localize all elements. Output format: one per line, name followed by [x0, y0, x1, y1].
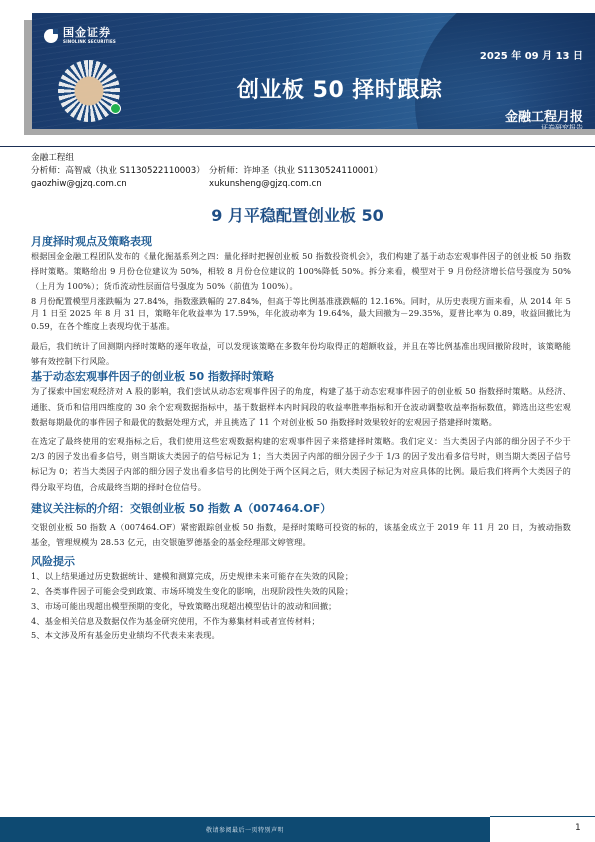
report-date: 2025 年 09 月 13 日	[480, 47, 583, 62]
logo-name-cn: 国金证券	[63, 27, 116, 39]
risk-item: 1、以上结果通过历史数据统计、建模和测算完成，历史规律未来可能存在失效的风险；	[31, 569, 571, 584]
risk-item: 5、本文涉及所有基金历史业绩均不代表未来表现。	[31, 628, 571, 643]
headline: 9 月平稳配置创业板 50	[0, 203, 595, 226]
company-logo: 国金证券 SINOLINK SECURITIES	[44, 27, 116, 45]
footer-line	[490, 816, 595, 817]
team-name: 金融工程组	[31, 152, 383, 165]
risk-item: 3、市场可能出现超出模型预期的变化，导致策略出现超出模型估计的波动和回撤；	[31, 599, 571, 614]
footer-bar: 敬请参阅最后一页特别声明	[0, 817, 490, 842]
section-title-strategy: 基于动态宏观事件因子的创业板 50 指数择时策略	[31, 369, 571, 384]
strategy-paragraph-2: 在选定了最终使用的宏观指标之后，我们使用这些宏观数据构建的宏观事件因子来搭建择时…	[31, 434, 571, 495]
section-title-target: 建议关注标的介绍：交银创业板 50 指数 A（007464.OF）	[31, 501, 571, 516]
section-title-risk: 风险提示	[31, 554, 571, 569]
mini-program-icon	[110, 103, 121, 114]
header-divider	[0, 146, 595, 147]
analyst-1-email[interactable]: gaozhiw@gjzq.com.cn	[31, 178, 209, 191]
logo-name-en: SINOLINK SECURITIES	[63, 39, 116, 45]
analyst-1-label: 分析师：高智威（执业 S1130522110003）	[31, 165, 209, 178]
report-subtype: 证券研究报告	[541, 123, 583, 129]
page-number: 1	[575, 823, 581, 833]
header-banner: 国金证券 SINOLINK SECURITIES 创业板 50 择时跟踪 202…	[32, 13, 595, 129]
author-block: 金融工程组 分析师：高智威（执业 S1130522110003） 分析师：许坤圣…	[31, 152, 383, 191]
analyst-2-label: 分析师：许坤圣（执业 S1130524110001）	[209, 165, 383, 178]
monthly-paragraph-2: 8 月份配置模型月涨跌幅为 27.84%，指数涨跌幅的 27.84%，但高于等比…	[31, 295, 571, 333]
disclaimer-note: 敬请参阅最后一页特别声明	[206, 825, 284, 834]
section-title-monthly: 月度择时观点及策略表现	[31, 234, 571, 249]
risk-item: 2、各类事件因子可能会受到政策、市场环境发生变化的影响，出现阶段性失效的风险；	[31, 584, 571, 599]
report-body: 月度择时观点及策略表现 根据国金金融工程团队发布的《量化掘基系列之四：量化择时把…	[31, 234, 571, 643]
qr-code-icon	[58, 60, 120, 122]
monthly-paragraph-3: 最后，我们统计了回测期内择时策略的逐年收益，可以发现该策略在多数年份均取得正的超…	[31, 339, 571, 369]
strategy-paragraph-1: 为了探索中国宏观经济对 A 股的影响，我们尝试从动态宏观事件因子的角度，构建了基…	[31, 384, 571, 430]
risk-item: 4、基金相关信息及数据仅作为基金研究使用，不作为募集材料或者宣传材料；	[31, 614, 571, 629]
report-title: 创业板 50 择时跟踪	[237, 73, 442, 104]
monthly-paragraph-1: 根据国金金融工程团队发布的《量化掘基系列之四：量化择时把握创业板 50 指数投资…	[31, 249, 571, 295]
analyst-2-email[interactable]: xukunsheng@gjzq.com.cn	[209, 178, 322, 191]
logo-mark-icon	[44, 29, 58, 43]
target-paragraph: 交银创业板 50 指数 A（007464.OF）紧密跟踪创业板 50 指数，是择…	[31, 520, 571, 550]
